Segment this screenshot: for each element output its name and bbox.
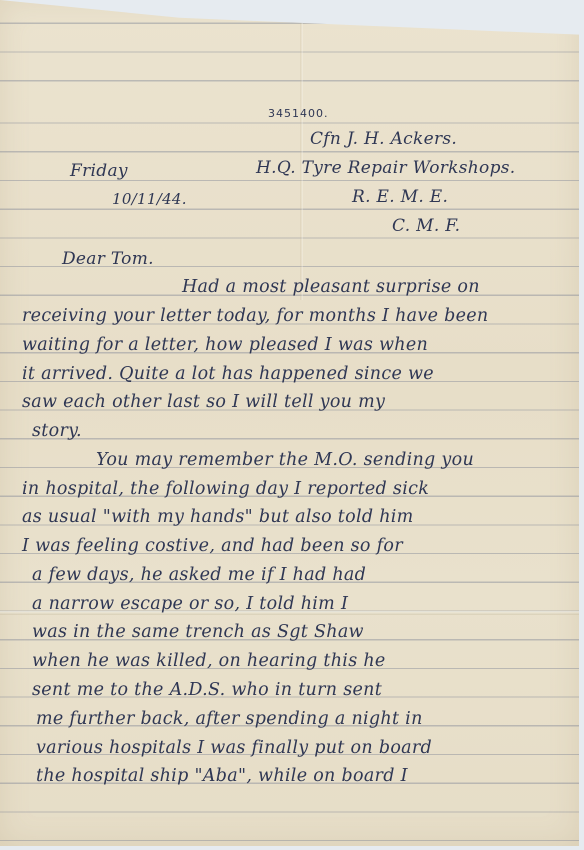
body-line: was in the same trench as Sgt Shaw	[32, 622, 364, 642]
body-line: in hospital, the following day I reporte…	[22, 479, 429, 499]
sender-unit: H.Q. Tyre Repair Workshops.	[256, 158, 516, 178]
letter-page: 3451400. Cfn J. H. Ackers. H.Q. Tyre Rep…	[0, 0, 579, 846]
body-line: as usual "with my hands" but also told h…	[22, 507, 414, 527]
body-line: I was feeling costive, and had been so f…	[22, 536, 403, 556]
body-line: receiving your letter today, for months …	[22, 306, 488, 326]
body-line: a few days, he asked me if I had had	[32, 565, 366, 585]
body-line: a narrow escape or so, I told him I	[32, 594, 348, 614]
body-line: various hospitals I was finally put on b…	[36, 738, 432, 758]
letter-date: 10/11/44.	[112, 190, 187, 208]
body-line: me further back, after spending a night …	[36, 709, 423, 729]
serial-number: 3451400.	[268, 107, 329, 120]
fold-crease-vertical	[300, 0, 303, 300]
body-line: it arrived. Quite a lot has happened sin…	[22, 364, 434, 384]
body-line: You may remember the M.O. sending you	[96, 450, 474, 470]
body-line: Had a most pleasant surprise on	[182, 277, 480, 297]
body-line: saw each other last so I will tell you m…	[22, 392, 385, 412]
sender-force: C. M. F.	[392, 216, 460, 236]
body-line: waiting for a letter, how pleased I was …	[22, 335, 428, 355]
sender-name: Cfn J. H. Ackers.	[310, 129, 457, 149]
body-line: sent me to the A.D.S. who in turn sent	[32, 680, 382, 700]
sender-corps: R. E. M. E.	[352, 187, 448, 207]
body-line: story.	[32, 421, 82, 441]
salutation: Dear Tom.	[62, 249, 154, 269]
body-line: the hospital ship "Aba", while on board …	[36, 766, 408, 786]
body-line: when he was killed, on hearing this he	[32, 651, 386, 671]
letter-day: Friday	[70, 161, 128, 181]
